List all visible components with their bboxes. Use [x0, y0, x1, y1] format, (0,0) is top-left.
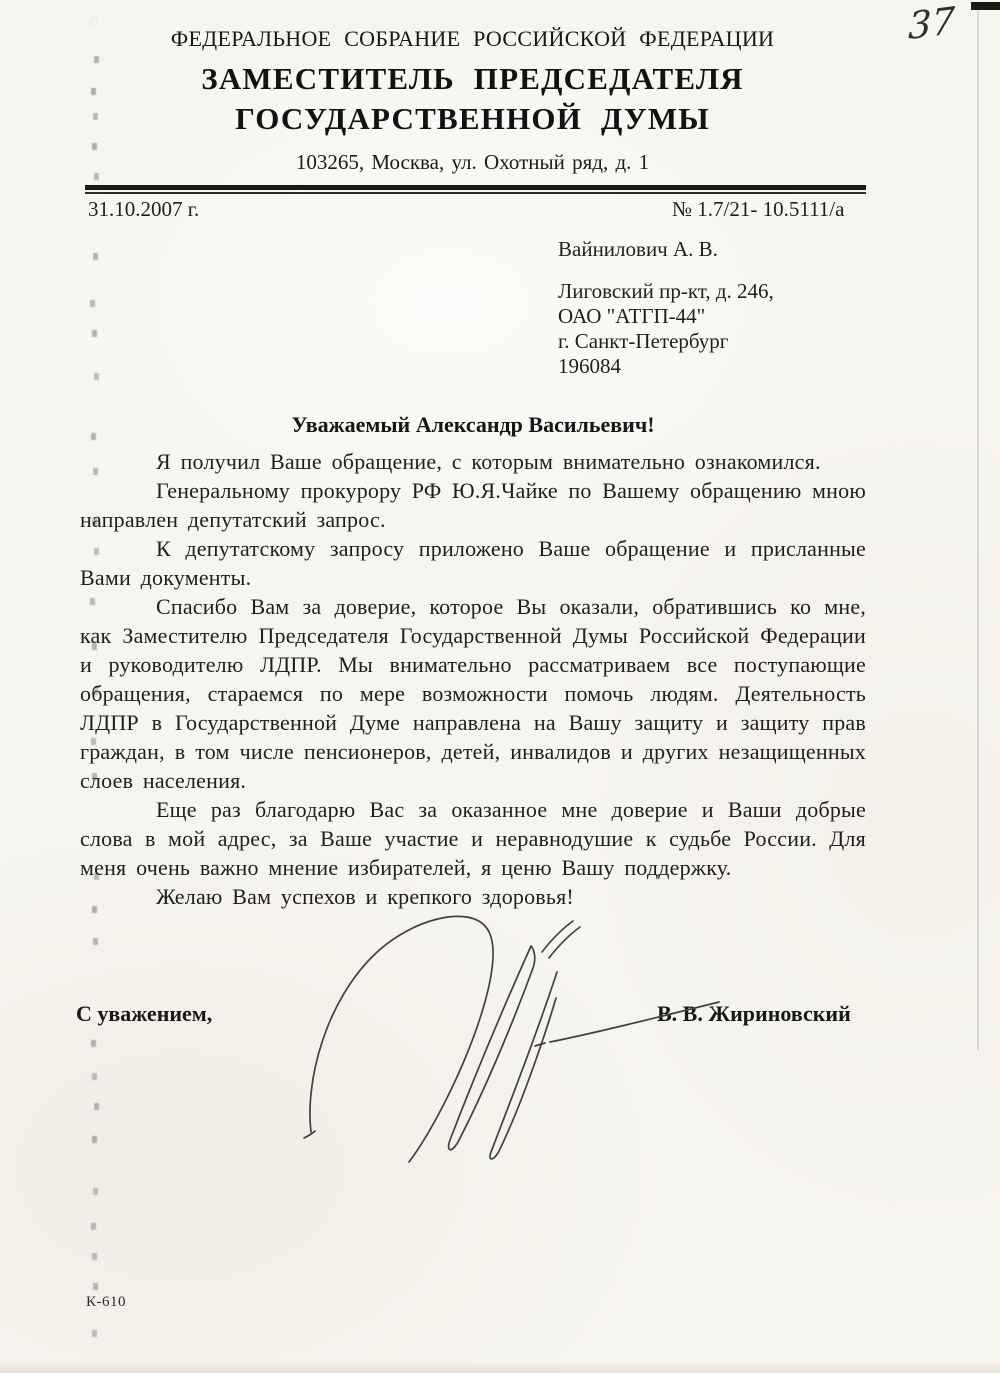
- letterhead-address: 103265, Москва, ул. Охотный ряд, д. 1: [0, 150, 945, 175]
- scan-edge-line: [977, 10, 979, 1050]
- letterhead-organization: ФЕДЕРАЛЬНОЕ СОБРАНИЕ РОССИЙСКОЙ ФЕДЕРАЦИ…: [0, 26, 945, 52]
- closing-phrase: С уважением,: [76, 1001, 212, 1027]
- letterhead-title-line1: ЗАМЕСТИТЕЛЬ ПРЕДСЕДАТЕЛЯ: [0, 61, 945, 97]
- recipient-address-line: Лиговский пр-кт, д. 246,: [558, 279, 774, 304]
- recipient-address-line: ОАО "АТГП-44": [558, 304, 774, 329]
- scan-bottom-shadow: [0, 1361, 1000, 1373]
- paragraph: Я получил Ваше обращение, с которым вним…: [80, 447, 866, 476]
- letter-reference-number: № 1.7/21- 10.5111/а: [672, 197, 844, 222]
- letter-date: 31.10.2007 г.: [88, 197, 199, 222]
- paragraph: К депутатскому запросу приложено Ваше об…: [80, 534, 866, 592]
- paragraph: Генеральному прокурору РФ Ю.Я.Чайке по В…: [80, 476, 866, 534]
- recipient-block: Вайнилович А. В. Лиговский пр-кт, д. 246…: [558, 237, 774, 379]
- paragraph: Еще раз благодарю Вас за оказанное мне д…: [80, 795, 866, 882]
- scan-corner-mark: [971, 2, 1000, 10]
- divider-rule-thick-line: [85, 185, 866, 190]
- recipient-name: Вайнилович А. В.: [558, 237, 774, 262]
- typist-code: К-610: [86, 1294, 126, 1311]
- recipient-address-line: г. Санкт-Петербург: [558, 329, 774, 354]
- paragraph: Спасибо Вам за доверие, которое Вы оказа…: [80, 592, 866, 795]
- letterhead-title-line2: ГОСУДАРСТВЕННОЙ ДУМЫ: [0, 101, 945, 137]
- scanned-letter-page: 37 ФЕДЕРАЛЬНОЕ СОБРАНИЕ РОССИЙСКОЙ ФЕДЕР…: [0, 0, 1000, 1373]
- scan-bleedthrough-marks: [92, 18, 97, 25]
- divider-rule-thin-line: [85, 192, 866, 194]
- paragraph: Желаю Вам успехов и крепкого здоровья!: [80, 882, 866, 911]
- letterhead: ФЕДЕРАЛЬНОЕ СОБРАНИЕ РОССИЙСКОЙ ФЕДЕРАЦИ…: [0, 26, 945, 175]
- letterhead-divider-rule: [85, 185, 866, 194]
- signature-scrawl: [295, 912, 725, 1164]
- letter-body: Я получил Ваше обращение, с которым вним…: [80, 447, 866, 911]
- recipient-address-line: 196084: [558, 354, 774, 379]
- salutation: Уважаемый Александр Васильевич!: [80, 412, 866, 438]
